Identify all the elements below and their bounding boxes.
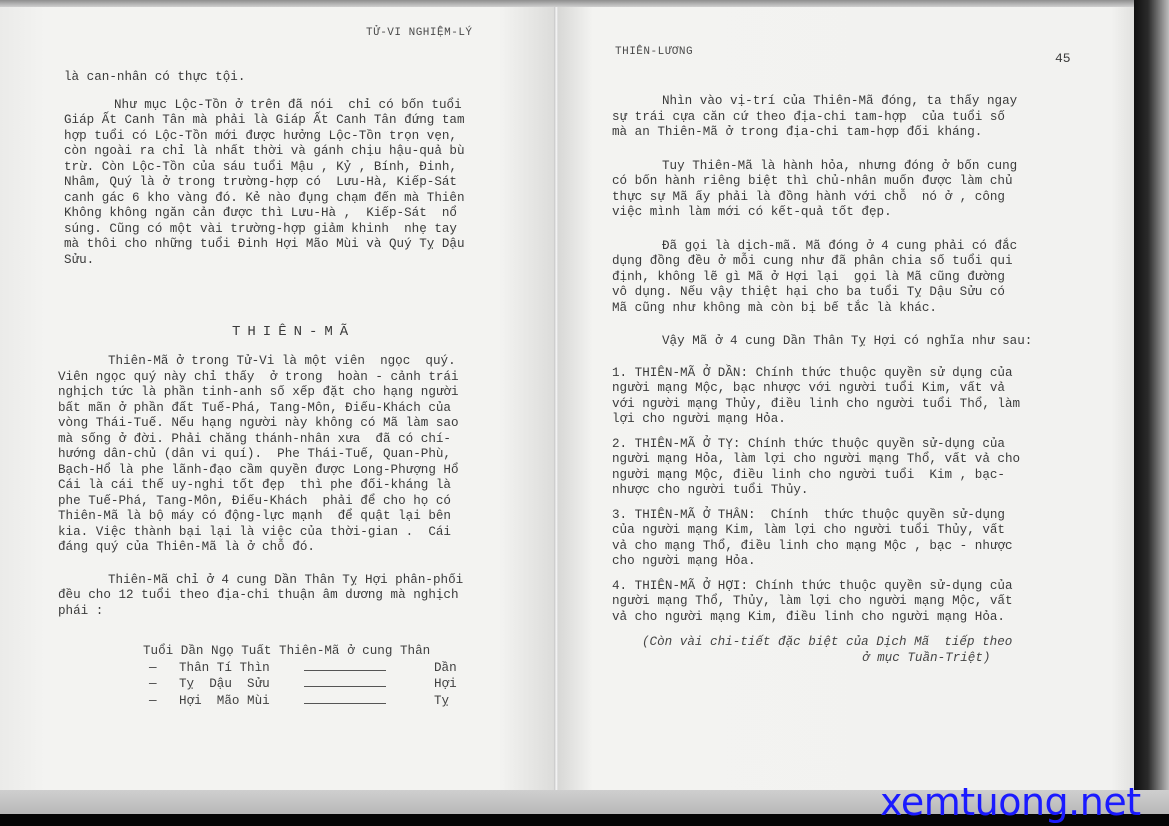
palace-cell: Hợi [434,676,457,693]
text-line: có bốn hành riêng biệt thì chủ-nhân muốn… [612,174,1032,190]
palace-cell: Tỵ [434,693,449,710]
numbered-item: 1. THIÊN-MÃ Ở DẦN: Chính thức thuộc quyề… [612,366,1032,428]
text-line: nhược cho người tuổi Thủy. [612,483,1032,499]
text-line: Viên ngọc quý này chỉ thấy ở trong hoàn … [58,370,463,386]
table-row: —Thân Tí ThìnDần [143,660,457,677]
numbered-item: 2. THIÊN-MÃ Ở TỴ: Chính thức thuộc quyền… [612,437,1032,499]
age-palace-table: Tuổi Dần Ngọ Tuất Thiên-Mã ở cung Thân —… [143,643,457,709]
ages-cell: Tỵ Dậu Sửu [179,676,304,693]
blank-line [304,660,434,677]
text-line: Tuy Thiên-Mã là hành hỏa, nhưng đóng ở b… [612,159,1032,175]
text-line: thực sự Mã ấy phải là đồng hành với chỗ … [612,190,1032,206]
paragraph: Thiên-Mã chỉ ở 4 cung Dần Thân Tỵ Hợi ph… [58,573,463,620]
text-line: người mạng Mộc, bạc nhược với người tuổi… [612,381,1032,397]
text-line: Thiên-Mã ở trong Tử-Vi là một viên ngọc … [58,354,463,370]
paragraph: Tuy Thiên-Mã là hành hỏa, nhưng đóng ở b… [612,159,1032,221]
left-running-head: TỬ-VI NGHIỆM-LÝ [366,27,473,39]
text-line: phe Tuế-Phá, Tang-Môn, Điếu-Khách phải đ… [58,494,463,510]
text-line: hợp tuổi có Lộc-Tồn mới được hưởng Lộc-T… [64,129,465,145]
blank-line [304,693,434,710]
scan-top-edge [0,0,1169,7]
table-header: Tuổi Dần Ngọ Tuất Thiên-Mã ở cung Thân [143,643,457,660]
right-body: Nhìn vào vị-trí của Thiên-Mã đóng, ta th… [612,94,1032,666]
text-line: còn ngoài ra chỉ là nhất thời và gánh ch… [64,144,465,160]
text-line: sự trái cựa căn cứ theo địa-chi tam-hợp … [612,110,1032,126]
text-line: nghịch tức là phần tinh-anh số xếp đặt c… [58,385,463,401]
table-row: —Hợi Mão MùiTỵ [143,693,457,710]
text-line: Cái là cái thế uy-nghi tốt đẹp thì phe đ… [58,478,463,494]
text-line: trừ. Còn Lộc-Tồn của sáu tuổi Mậu , Kỷ ,… [64,160,465,176]
right-page: THIÊN-LƯƠNG 45 Nhìn vào vị-trí của Thiên… [558,7,1136,790]
text-line: súng. Cũng có một vài trường-hợp giảm kh… [64,222,465,238]
text-line: hướng dân-chủ (dân vi quí). Phe Thái-Tuế… [58,447,463,463]
text-line: của người mạng Kim, làm lợi cho người tu… [612,523,1032,539]
text-line: phái : [58,604,463,620]
paragraph: là can-nhân có thực tội. [64,70,465,86]
watermark-logo: xemtuong.net [880,781,1141,823]
ages-cell: Hợi Mão Mùi [179,693,304,710]
text-line: người mạng Thổ, Thủy, làm lợi cho người … [612,594,1032,610]
text-line: bất mãn ở phần đất Tuế-Phá, Tang-Môn, Đi… [58,401,463,417]
text-line: 2. THIÊN-MÃ Ở TỴ: Chính thức thuộc quyền… [612,437,1032,453]
text-line: là can-nhân có thực tội. [64,70,465,86]
ages-cell: Thân Tí Thìn [179,660,304,677]
text-line: người mạng Mộc, điều linh cho người tuổi… [612,468,1032,484]
scanned-book-spread: TỬ-VI NGHIỆM-LÝ là can-nhân có thực tội.… [0,0,1169,826]
text-line: Sửu. [64,253,465,269]
text-line: Như mục Lộc-Tồn ở trên đã nói chỉ có bốn… [64,98,465,114]
text-line: vả cho mạng Thổ, điều linh cho mạng Mộc … [612,539,1032,555]
text-line: Vậy Mã ở 4 cung Dần Thân Tỵ Hợi có nghĩa… [612,334,1032,350]
left-page: TỬ-VI NGHIỆM-LÝ là can-nhân có thực tội.… [0,7,555,790]
text-line: mà thôi cho những tuổi Đinh Hợi Mão Mùi … [64,237,465,253]
dash: — [149,660,179,677]
text-line: mà an Thiên-Mã ở trong địa-chi tam-hợp đ… [612,125,1032,141]
text-line: 4. THIÊN-MÃ Ở HỢI: Chính thức thuộc quyề… [612,579,1032,595]
numbered-item: 3. THIÊN-MÃ Ở THÂN: Chính thức thuộc quy… [612,508,1032,570]
text-line: Giáp Ất Canh Tân mà phải là Giáp Ất Canh… [64,113,465,129]
paragraph: Như mục Lộc-Tồn ở trên đã nói chỉ có bốn… [64,98,465,269]
text-line: vòng Thái-Tuế. Nếu hạng người này không … [58,416,463,432]
text-line: Nhìn vào vị-trí của Thiên-Mã đóng, ta th… [612,94,1032,110]
text-line: việc mình làm mới có kết-quả tốt đẹp. [612,205,1032,221]
text-line: mà sống ở đời. Phải chăng thánh-nhân xưa… [58,432,463,448]
text-line: với người mạng Thủy, điều linh cho người… [612,397,1032,413]
note-line: ở mục Tuần-Triệt) [612,651,1032,667]
palace-cell: Dần [434,660,457,677]
text-line: đáng quý của Thiên-Mã là ở chỗ đó. [58,540,463,556]
left-body-top: là can-nhân có thực tội.Như mục Lộc-Tồn … [64,70,465,268]
text-line: canh gác 6 kho vàng đó. Kẻ nào đụng chạm… [64,191,465,207]
text-line: đều cho 12 tuổi theo địa-chi thuận âm dư… [58,588,463,604]
text-line: 3. THIÊN-MÃ Ở THÂN: Chính thức thuộc quy… [612,508,1032,524]
text-line: Bạch-Hổ là phe lãnh-đạo cầm quyền được L… [58,463,463,479]
text-line: cho người mạng Hỏa. [612,554,1032,570]
paragraph: Nhìn vào vị-trí của Thiên-Mã đóng, ta th… [612,94,1032,141]
right-running-head: THIÊN-LƯƠNG [615,46,693,58]
section-title: THIÊN-MÃ [232,324,355,340]
table-row: —Tỵ Dậu SửuHợi [143,676,457,693]
paragraph: Thiên-Mã ở trong Tử-Vi là một viên ngọc … [58,354,463,556]
text-line: Thiên-Mã là bộ máy có động-lực mạnh để q… [58,509,463,525]
dash: — [149,676,179,693]
text-line: Nhâm, Quý là ở trong trường-hợp có Lưu-H… [64,175,465,191]
text-line: kia. Việc thành bại lại là việc của thời… [58,525,463,541]
text-line: Không không ngăn cản được thì Lưu-Hà , K… [64,206,465,222]
page-number: 45 [1055,51,1071,66]
paragraph: Đã gọi là dịch-mã. Mã đóng ở 4 cung phải… [612,239,1032,317]
continuation-note: (Còn vài chi-tiết đặc biệt của Dịch Mã t… [612,635,1032,666]
text-line: dụng đồng đều ở mỗi cung như đã phân chi… [612,254,1032,270]
text-line: lợi cho người mạng Hỏa. [612,412,1032,428]
text-line: người mạng Hỏa, làm lợi cho người mạng T… [612,452,1032,468]
text-line: vô dụng. Nếu vậy thiệt hại cho ba tuổi T… [612,285,1032,301]
text-line: Mã cũng như không mà còn bị bế tắc là kh… [612,301,1032,317]
text-line: Thiên-Mã chỉ ở 4 cung Dần Thân Tỵ Hợi ph… [58,573,463,589]
blank-line [304,676,434,693]
text-line: vả cho người mạng Kim, điều linh cho ngư… [612,610,1032,626]
text-line: 1. THIÊN-MÃ Ở DẦN: Chính thức thuộc quyề… [612,366,1032,382]
text-line: Đã gọi là dịch-mã. Mã đóng ở 4 cung phải… [612,239,1032,255]
dash: — [149,693,179,710]
page-edge-shadow [1134,0,1169,826]
note-line: (Còn vài chi-tiết đặc biệt của Dịch Mã t… [612,635,1032,651]
paragraph: Vậy Mã ở 4 cung Dần Thân Tỵ Hợi có nghĩa… [612,334,1032,350]
numbered-item: 4. THIÊN-MÃ Ở HỢI: Chính thức thuộc quyề… [612,579,1032,626]
left-body-section: Thiên-Mã ở trong Tử-Vi là một viên ngọc … [58,354,463,619]
text-line: định, không lẽ gì Mã ở Hợi lại gọi là Mã… [612,270,1032,286]
